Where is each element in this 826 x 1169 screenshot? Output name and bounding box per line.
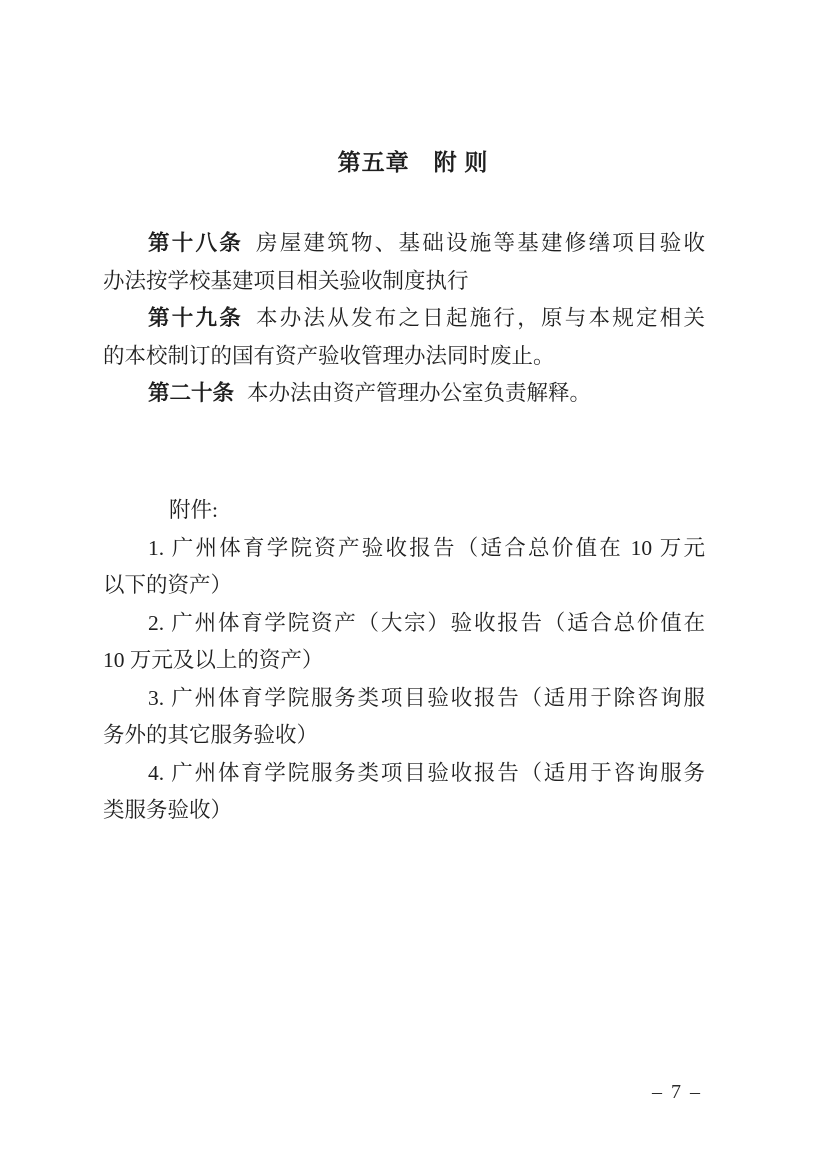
article-19-line-1: 第十九条本办法从发布之日起施行，原与本规定相关 [103, 300, 705, 338]
document-page: 第五章 附 则 第十八条房屋建筑物、基础设施等基建修缮项目验收 办法按学校基建项… [0, 0, 826, 1169]
chapter-title: 第五章 附 则 [0, 144, 826, 182]
article-18-term: 第十八条 [148, 231, 243, 255]
attachment-4-line-1: 4. 广州体育学院服务类项目验收报告（适用于咨询服务 [103, 755, 705, 793]
attachment-4-line-2: 类服务验收） [103, 792, 705, 830]
article-20-line-1: 第二十条本办法由资产管理办公室负责解释。 [103, 375, 705, 413]
attachments-label: 附件: [103, 492, 705, 530]
article-18-text-1: 房屋建筑物、基础设施等基建修缮项目验收 [256, 231, 705, 255]
attachment-3-line-2: 务外的其它服务验收） [103, 717, 705, 755]
article-19-line-2: 的本校制订的国有资产验收管理办法同时废止。 [103, 338, 705, 376]
article-18-line-1: 第十八条房屋建筑物、基础设施等基建修缮项目验收 [103, 225, 705, 263]
attachment-3-line-1: 3. 广州体育学院服务类项目验收报告（适用于除咨询服 [103, 680, 705, 718]
attachment-2-line-2: 10 万元及以上的资产） [103, 642, 705, 680]
article-20-text-1: 本办法由资产管理办公室负责解释。 [247, 381, 591, 405]
article-18-line-2: 办法按学校基建项目相关验收制度执行 [103, 263, 705, 301]
attachment-1-line-2: 以下的资产） [103, 567, 705, 605]
article-19-term: 第十九条 [148, 306, 243, 330]
articles-section: 第十八条房屋建筑物、基础设施等基建修缮项目验收 办法按学校基建项目相关验收制度执… [103, 225, 705, 413]
attachment-2-line-1: 2. 广州体育学院资产（大宗）验收报告（适合总价值在 [103, 605, 705, 643]
attachment-1-line-1: 1. 广州体育学院资产验收报告（适合总价值在 10 万元 [103, 530, 705, 568]
attachments-section: 附件: 1. 广州体育学院资产验收报告（适合总价值在 10 万元 以下的资产） … [103, 492, 705, 830]
article-20-term: 第二十条 [148, 381, 234, 405]
page-number: – 7 – [652, 1081, 702, 1103]
article-19-text-1: 本办法从发布之日起施行，原与本规定相关 [256, 306, 705, 330]
